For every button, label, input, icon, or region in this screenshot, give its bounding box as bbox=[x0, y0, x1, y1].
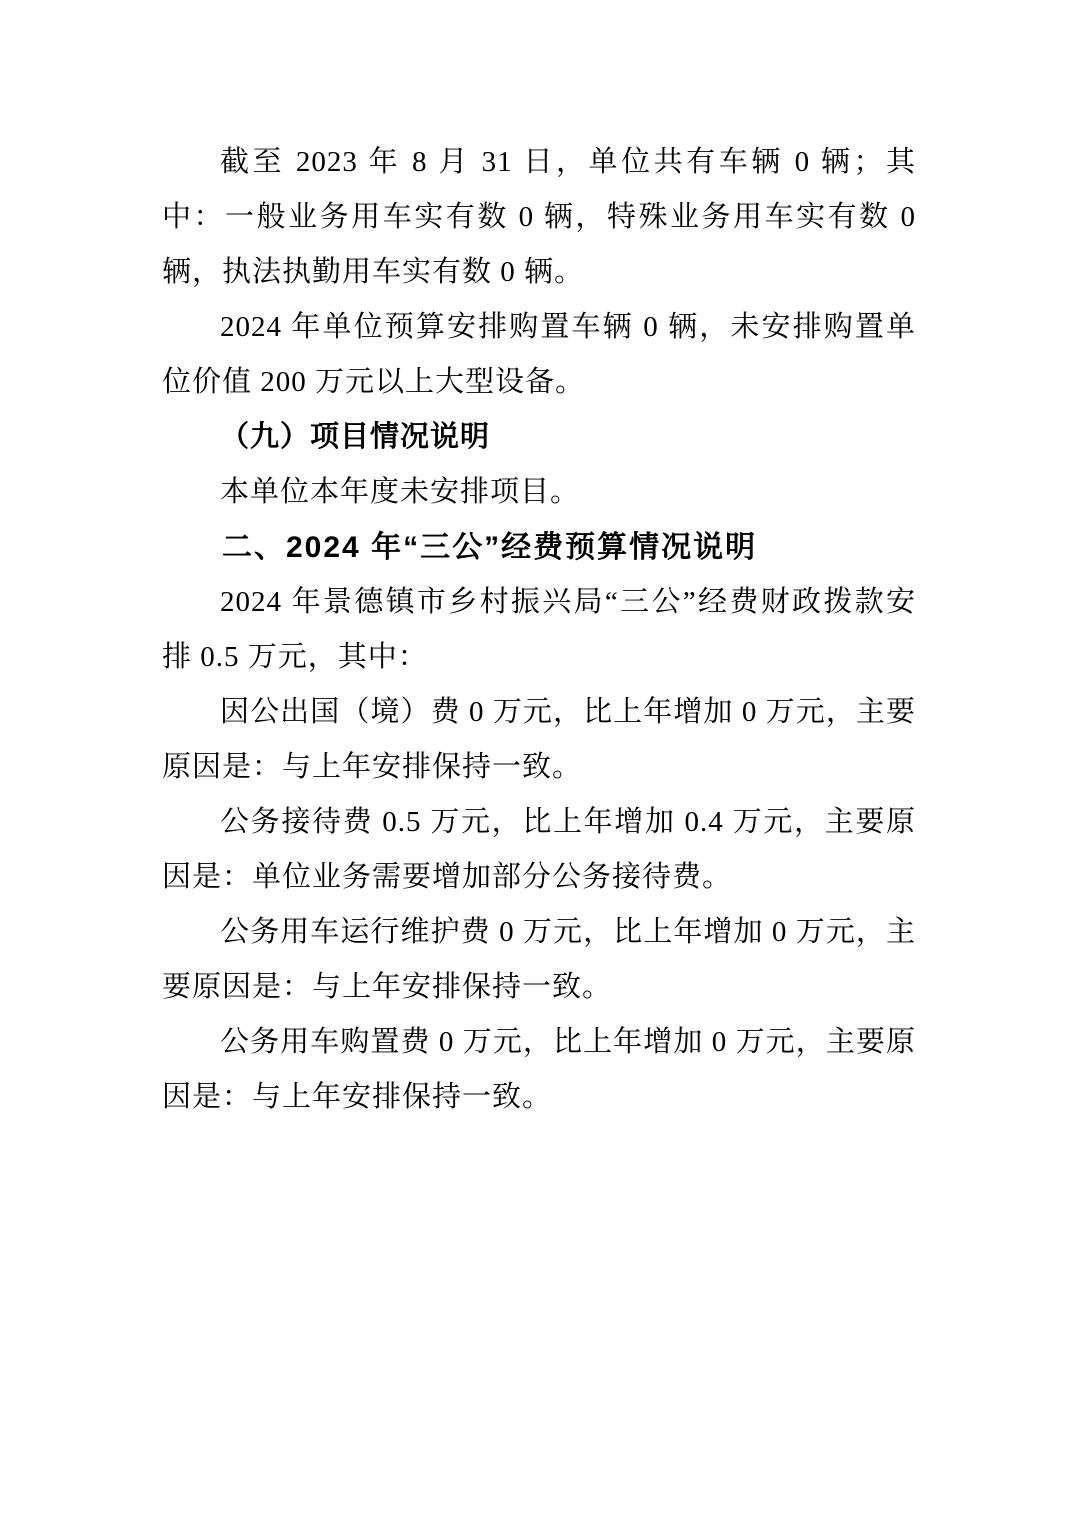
heading-three-public-expenses: 二、2024 年“三公”经费预算情况说明 bbox=[162, 520, 916, 575]
document-page: 截至 2023 年 8 月 31 日，单位共有车辆 0 辆；其中：一般业务用车实… bbox=[0, 0, 1074, 1520]
paragraph-vehicle-purchase-budget: 2024 年单位预算安排购置车辆 0 辆，未安排购置单位价值 200 万元以上大… bbox=[162, 300, 916, 410]
heading-project-status: （九）项目情况说明 bbox=[162, 410, 916, 465]
paragraph-overseas-trips-fee: 因公出国（境）费 0 万元，比上年增加 0 万元，主要原因是：与上年安排保持一致… bbox=[162, 685, 916, 795]
paragraph-official-reception-fee: 公务接待费 0.5 万元，比上年增加 0.4 万元，主要原因是：单位业务需要增加… bbox=[162, 795, 916, 905]
paragraph-vehicle-maintenance-fee: 公务用车运行维护费 0 万元，比上年增加 0 万元，主要原因是：与上年安排保持一… bbox=[162, 905, 916, 1015]
paragraph-three-public-total: 2024 年景德镇市乡村振兴局“三公”经费财政拨款安排 0.5 万元，其中： bbox=[162, 575, 916, 685]
paragraph-vehicle-purchase-fee: 公务用车购置费 0 万元，比上年增加 0 万元，主要原因是：与上年安排保持一致。 bbox=[162, 1015, 916, 1125]
paragraph-no-projects: 本单位本年度未安排项目。 bbox=[162, 465, 916, 520]
paragraph-vehicles-asof: 截至 2023 年 8 月 31 日，单位共有车辆 0 辆；其中：一般业务用车实… bbox=[162, 135, 916, 300]
